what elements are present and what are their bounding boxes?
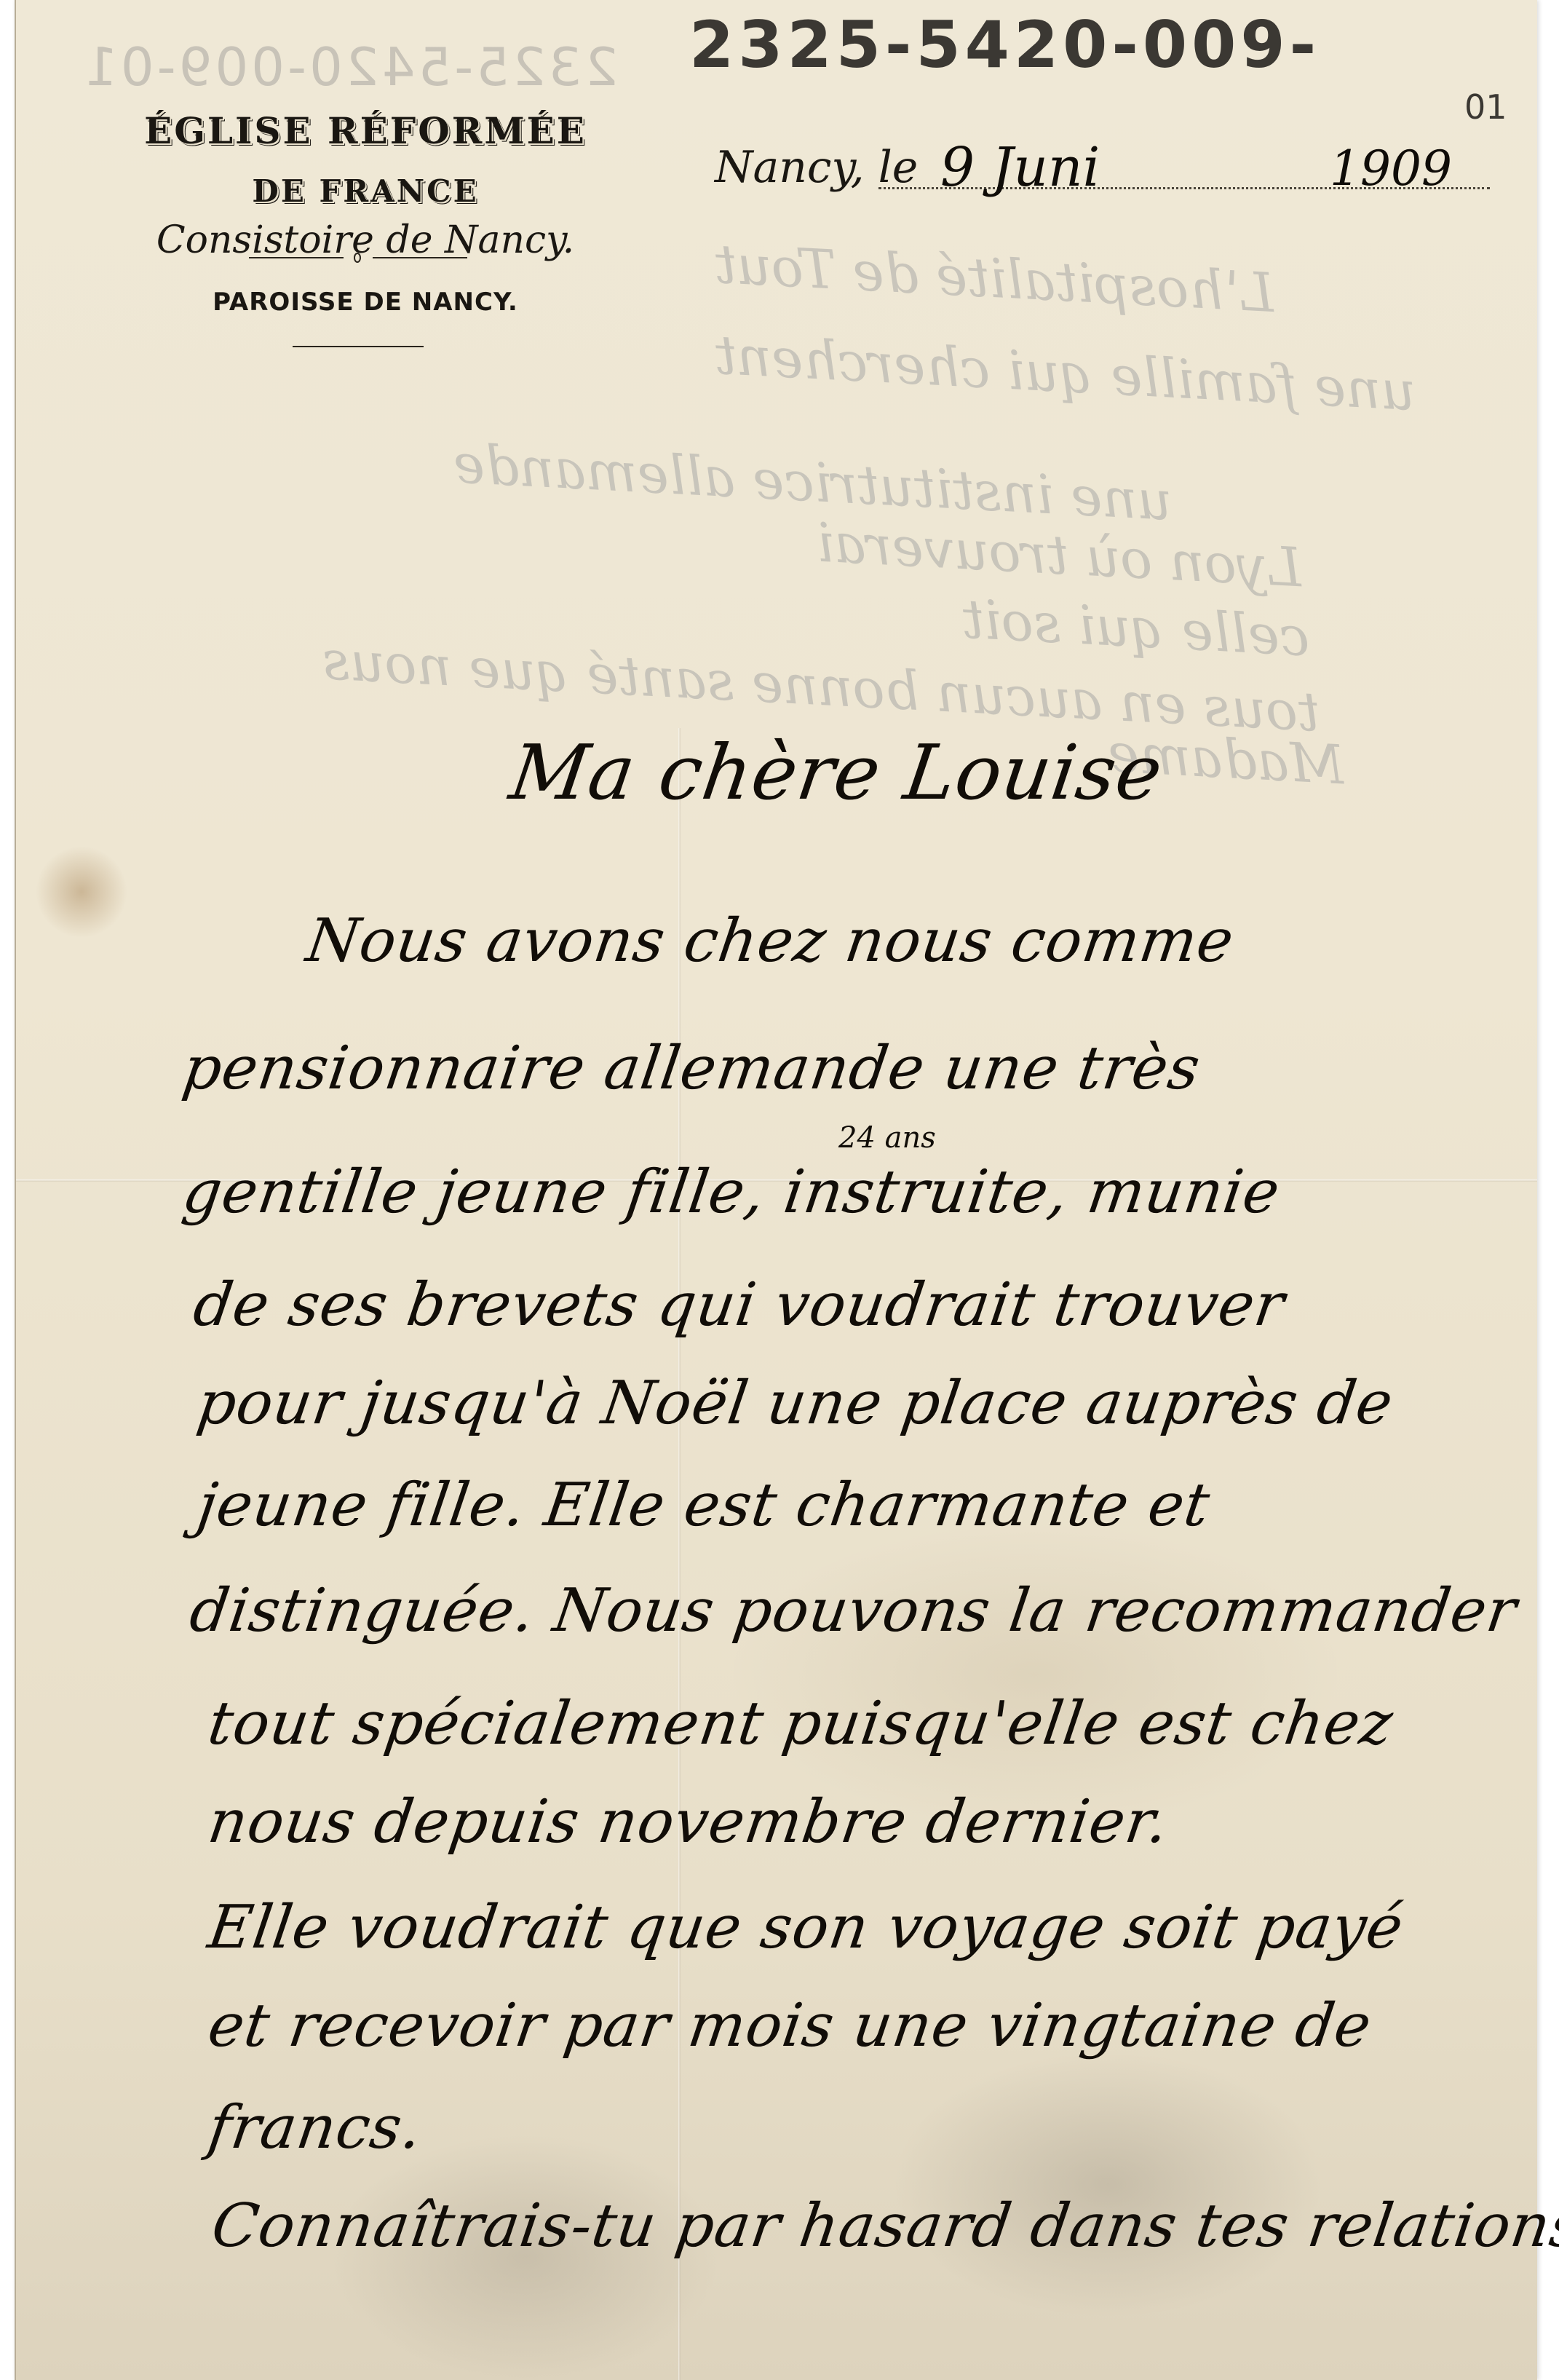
- letter-line-11: et recevoir par mois une vingtaine de: [204, 1991, 1376, 2060]
- letterhead-country: DE FRANCE: [118, 173, 613, 209]
- letter-line-12: francs.: [204, 2093, 427, 2162]
- bleedthrough-line: une institutrice allemande: [451, 432, 1173, 533]
- date-day-month: 9 Juni: [940, 136, 1100, 199]
- letterhead-church-name: ÉGLISE RÉFORMÉE: [118, 109, 613, 152]
- ornament-divider-icon: [249, 250, 467, 265]
- letter-line-2: pensionnaire allemande une très: [178, 1034, 1205, 1103]
- letter-line-4: de ses brevets qui voudrait trouver: [189, 1270, 1289, 1340]
- salutation: Ma chère Louise: [504, 728, 1168, 817]
- vertical-fold-crease: [678, 728, 681, 2380]
- age-annotation: 24 ans: [838, 1121, 936, 1155]
- letterhead-parish: PAROISSE DE NANCY.: [118, 288, 613, 317]
- letter-line-8: tout spécialement puisqu'elle est chez: [204, 1689, 1397, 1758]
- letter-sheet: 2325-5420-009-01 L'hospitalité de Tout u…: [15, 0, 1537, 2380]
- letter-line-13: Connaîtrais-tu par hasard dans tes relat…: [207, 2191, 1559, 2261]
- date-year: 1909: [1330, 141, 1452, 197]
- bleedthrough-line: L'hospitalité de Tout: [713, 233, 1276, 325]
- letter-line-3: gentille jeune fille, instruite, munie: [178, 1158, 1284, 1227]
- letterhead-rule: [293, 346, 424, 347]
- archive-number-bleedthrough: 2325-5420-009-01: [82, 36, 618, 98]
- letter-line-9: nous depuis novembre dernier.: [204, 1787, 1173, 1857]
- letter-line-5: pour jusqu'à Noël une place auprès de: [193, 1369, 1397, 1438]
- letter-line-7: distinguée. Nous pouvons la recommander: [186, 1576, 1521, 1645]
- dateline: Nancy, le 9 Juni 1909: [715, 142, 1515, 200]
- bleedthrough-line: celle qui soit: [961, 588, 1312, 669]
- letter-line-1: Nous avons chez nous comme: [302, 906, 1238, 976]
- date-place: Nancy, le: [715, 142, 918, 193]
- bleedthrough-line: une famille qui cherchent: [713, 324, 1417, 423]
- letter-line-6: jeune fille. Elle est charmante et: [193, 1471, 1214, 1540]
- archive-number-suffix: 01: [1464, 87, 1507, 127]
- letter-line-10: Elle voudrait que son voyage soit payé: [204, 1893, 1408, 1962]
- archive-number: 2325-5420-009-: [689, 7, 1320, 82]
- bleedthrough-line: Lyon où trouverai: [815, 512, 1304, 600]
